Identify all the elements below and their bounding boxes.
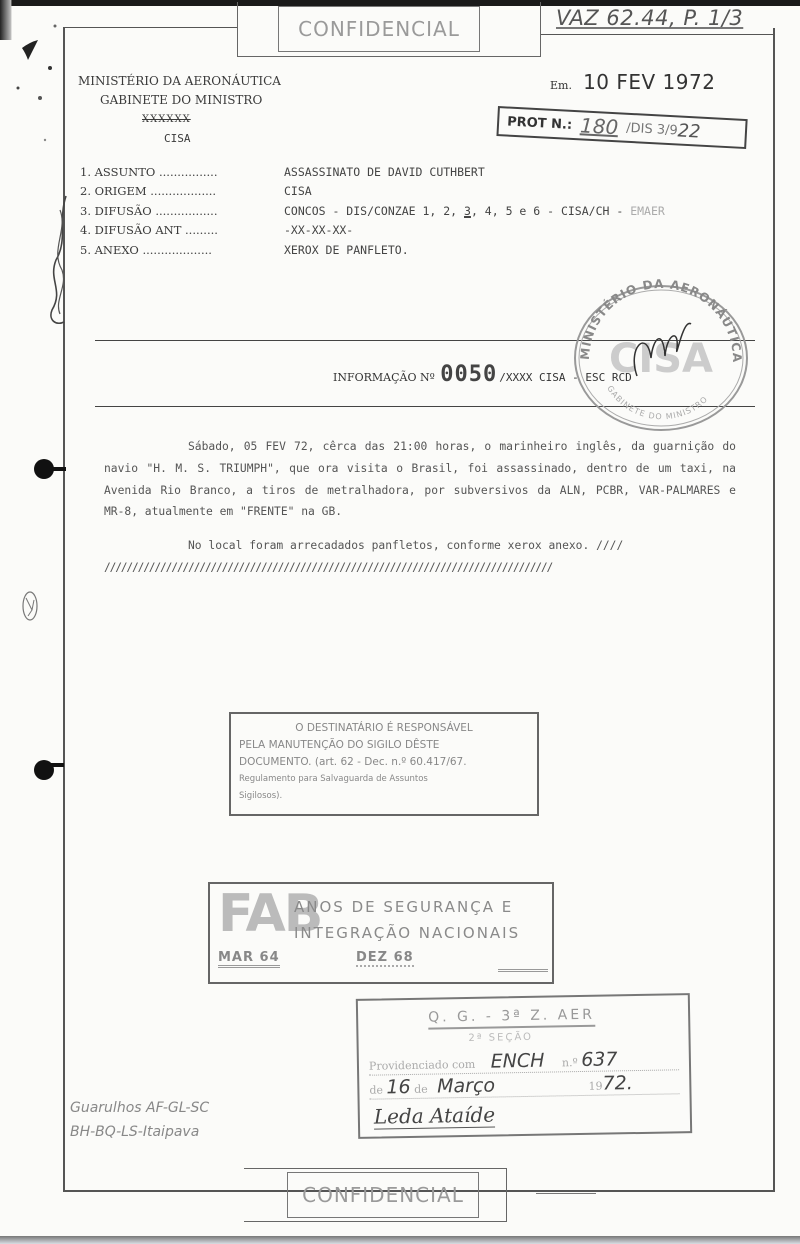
document-page: CONFIDENCIAL VAZ 62.44, P. 1/3 MINISTÉRI… bbox=[0, 0, 800, 1244]
classification-bottom-stamp: CONFIDENCIAL bbox=[287, 1172, 479, 1218]
protocol-label: PROT N.: bbox=[507, 114, 573, 132]
protocol-suffix: /DIS 3/9 bbox=[626, 120, 678, 138]
frame-top-left bbox=[63, 27, 238, 28]
field-value: -XX-XX-XX- bbox=[284, 223, 353, 237]
classification-top-stamp: CONFIDENCIAL bbox=[278, 6, 480, 52]
body-text: Sábado, 05 FEV 72, cêrca das 21:00 horas… bbox=[104, 436, 736, 579]
qg-heading: Q. G. - 3ª Z. AER bbox=[428, 1007, 595, 1030]
frame-top-right bbox=[540, 34, 773, 35]
handwritten-reference: VAZ 62.44, P. 1/3 bbox=[556, 6, 743, 30]
information-value: 0050 bbox=[440, 362, 497, 387]
date-prefix: Em. bbox=[550, 79, 572, 92]
date-value: 10 FEV 1972 bbox=[583, 70, 715, 94]
punch-hole-icon bbox=[34, 459, 54, 479]
svg-text:GABINETE DO MINISTRO: GABINETE DO MINISTRO bbox=[605, 384, 710, 421]
information-label: INFORMAÇÃO Nº bbox=[333, 371, 435, 384]
body-slash-line: ////////////////////////////////////////… bbox=[104, 557, 736, 579]
field-difusao: 3. DIFUSÃO ................. CONCOS - DI… bbox=[80, 201, 665, 221]
field-label: 4. DIFUSÃO ANT ......... bbox=[80, 223, 284, 237]
margin-signature bbox=[38, 190, 78, 330]
ministry-seal: MINISTÉRIO DA AERONÁUTICA CISA GABINETE … bbox=[567, 268, 753, 432]
ink-specks bbox=[0, 0, 70, 200]
field-assunto: 1. ASSUNTO ................ ASSASSINATO … bbox=[80, 162, 665, 182]
qg-stamp: Q. G. - 3ª Z. AER 2ª SEÇÃO Providenciado… bbox=[356, 993, 692, 1139]
scan-edge-bottom bbox=[0, 1236, 800, 1244]
unit-name: CISA bbox=[78, 129, 281, 148]
field-anexo: 5. ANEXO ................... XEROX DE PA… bbox=[80, 240, 665, 260]
qg-section: 2ª SEÇÃO bbox=[468, 1032, 533, 1044]
field-label: 1. ASSUNTO ................ bbox=[80, 165, 284, 179]
field-difusao-ant: 4. DIFUSÃO ANT ......... -XX-XX-XX- bbox=[80, 221, 665, 241]
field-label: 3. DIFUSÃO ................. bbox=[80, 204, 284, 218]
body-paragraph-2: No local foram arrecadados panfletos, co… bbox=[104, 535, 736, 557]
field-label: 2. ORIGEM .................. bbox=[80, 184, 284, 198]
body-paragraph-1: Sábado, 05 FEV 72, cêrca das 21:00 horas… bbox=[104, 436, 736, 523]
secrecy-stamp: O DESTINATÁRIO É RESPONSÁVEL PELA MANUTE… bbox=[229, 712, 539, 816]
fab-stamp: FAB ANOS DE SEGURANÇA E INTEGRAÇÃO NACIO… bbox=[208, 882, 554, 984]
handwritten-note: Guarulhos AF-GL-SC BH-BQ-LS-Itaipava bbox=[70, 1096, 209, 1144]
field-value: CONCOS - DIS/CONZAE 1, 2, 3, 4, 5 e 6 - … bbox=[284, 204, 665, 218]
struck-unit: XXXXXX bbox=[78, 110, 281, 129]
ministry-name: MINISTÉRIO DA AERONÁUTICA bbox=[78, 72, 281, 91]
svg-text:CISA: CISA bbox=[609, 336, 713, 382]
field-value: XEROX DE PANFLETO. bbox=[284, 243, 409, 257]
letterhead: MINISTÉRIO DA AERONÁUTICA GABINETE DO MI… bbox=[78, 72, 281, 148]
field-origem: 2. ORIGEM .................. CISA bbox=[80, 182, 665, 202]
field-value: ASSASSINATO DE DAVID CUTHBERT bbox=[284, 165, 485, 179]
field-label: 5. ANEXO ................... bbox=[80, 243, 284, 257]
qg-line-2: de 16 de Março 1972. bbox=[369, 1071, 679, 1099]
qg-signature: Leda Ataíde bbox=[374, 1103, 496, 1130]
cabinet-name: GABINETE DO MINISTRO bbox=[78, 91, 281, 110]
protocol-handwritten: 22 bbox=[677, 120, 701, 142]
header-fields: 1. ASSUNTO ................ ASSASSINATO … bbox=[80, 162, 665, 260]
date-stamp: Em. 10 FEV 1972 bbox=[550, 70, 715, 94]
field-value: CISA bbox=[284, 184, 312, 198]
margin-initial-mark-icon bbox=[20, 588, 40, 624]
protocol-number: 180 bbox=[579, 113, 618, 139]
